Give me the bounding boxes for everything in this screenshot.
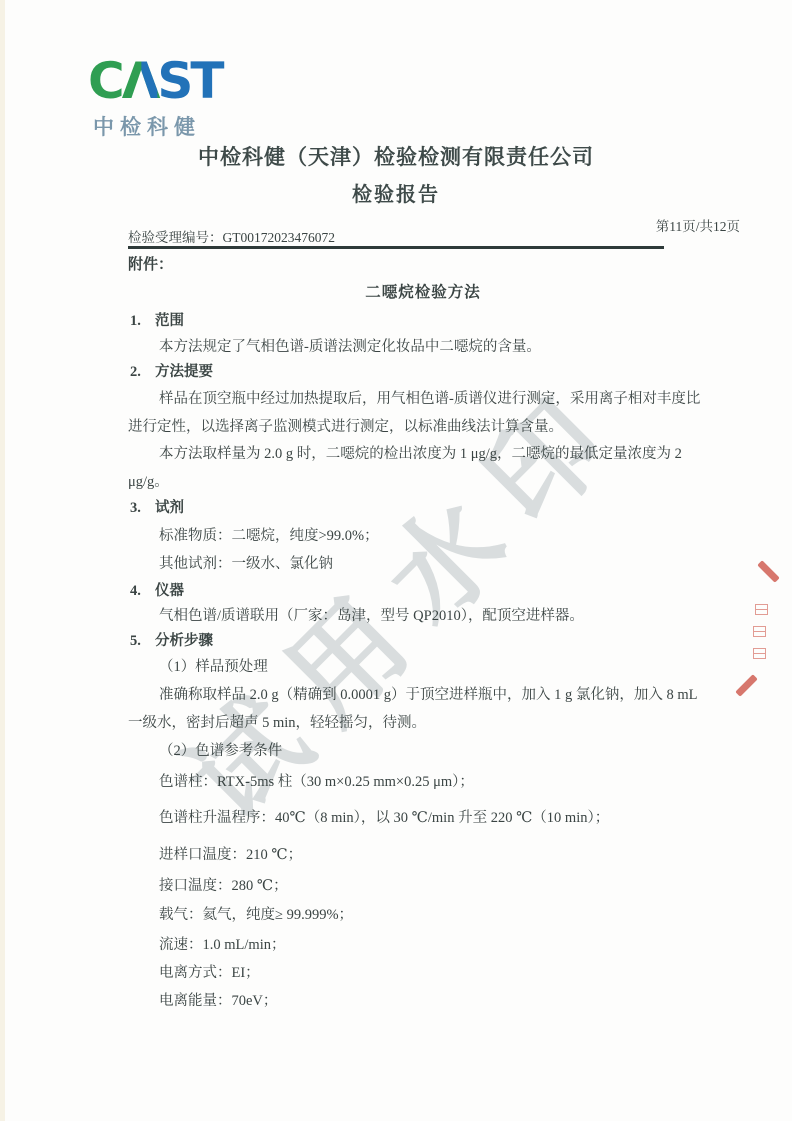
cast-logotype: CΛΛST (88, 56, 222, 106)
acceptance-number-label: 检验受理编号： (128, 230, 223, 245)
seal-stroke-icon (757, 560, 780, 583)
section-title: 方法提要 (155, 364, 213, 380)
body-line: 本方法规定了气相色谱-质谱法测定化妆品中二噁烷的含量。 (159, 337, 541, 357)
seal-stroke-icon (735, 674, 758, 697)
section-number: 3. (130, 498, 155, 518)
body-line: 其他试剂：一级水、氯化钠 (159, 554, 333, 574)
body-line: 进样口温度：210 ℃； (159, 845, 302, 865)
acceptance-number: 检验受理编号：GT00172023476072 (128, 226, 335, 246)
section-heading: 3.试剂 (130, 498, 184, 518)
section-title: 仪器 (155, 583, 184, 599)
body-line: 标准物质：二噁烷，纯度>99.0%； (159, 526, 379, 546)
body-line: （1）样品预处理 (159, 657, 268, 677)
acceptance-number-value: GT00172023476072 (223, 230, 336, 245)
body-line: 色谱柱：RTX-5ms 柱（30 m×0.25 mm×0.25 μm）； (159, 772, 474, 792)
seal-character-mark (755, 604, 768, 615)
logo-letter-a: ΛΛ (122, 56, 158, 106)
body-line: 电离能量：70eV； (159, 991, 277, 1011)
section-number: 5. (130, 631, 155, 651)
body-line: 电离方式：EI； (159, 963, 260, 983)
body-line: 气相色谱/质谱联用（厂家：岛津，型号 QP2010），配顶空进样器。 (159, 606, 584, 626)
section-heading: 5.分析步骤 (130, 631, 213, 651)
section-title: 试剂 (155, 500, 184, 516)
report-page: 试用水印 CΛΛST 中检科健 中检科健（天津）检验检测有限责任公司 检验报告 … (0, 0, 792, 1121)
section-number: 4. (130, 581, 155, 601)
section-number: 2. (130, 362, 155, 382)
cast-logo: CΛΛST 中检科健 (88, 56, 222, 141)
section-title: 分析步骤 (155, 633, 213, 649)
body-line: μg/g。 (128, 472, 169, 492)
section-heading: 2.方法提要 (130, 362, 213, 382)
body-line: 载气：氦气，纯度≥ 99.999%； (159, 905, 353, 925)
body-line: 本方法取样量为 2.0 g 时，二噁烷的检出浓度为 1 μg/g，二噁烷的最低定… (159, 444, 682, 464)
report-title: 检验报告 (0, 178, 792, 207)
red-seal-fragment (732, 558, 792, 710)
attachment-label: 附件： (128, 253, 173, 274)
page-indicator: 第11页/共12页 (656, 215, 740, 235)
body-line: （2）色谱参考条件 (159, 741, 282, 761)
logo-letters-st: ST (157, 52, 221, 110)
header-rule (128, 246, 664, 249)
logo-subtitle: 中检科健 (88, 111, 222, 141)
body-line: 进行定性，以选择离子监测模式进行测定，以标准曲线法计算含量。 (128, 417, 563, 437)
body-line: 色谱柱升温程序：40℃（8 min），以 30 ℃/min 升至 220 ℃（1… (159, 808, 609, 828)
method-title: 二噁烷检验方法 (128, 280, 718, 302)
seal-character-mark (753, 648, 766, 659)
body-line: 流速：1.0 mL/min； (159, 935, 285, 955)
body-line: 样品在顶空瓶中经过加热提取后，用气相色谱-质谱仪进行测定，采用离子相对丰度比 (159, 389, 700, 409)
company-title: 中检科健（天津）检验检测有限责任公司 (0, 141, 792, 171)
body-line: 接口温度：280 ℃； (159, 876, 288, 896)
section-title: 范围 (155, 313, 184, 329)
body-line: 准确称取样品 2.0 g（精确到 0.0001 g）于顶空进样瓶中，加入 1 g… (159, 685, 698, 705)
seal-character-mark (753, 626, 766, 637)
body-line: 一级水，密封后超声 5 min，轻轻摇匀，待测。 (128, 713, 426, 733)
logo-letter-c: C (88, 52, 122, 110)
section-heading: 4.仪器 (130, 581, 184, 601)
section-number: 1. (130, 311, 155, 331)
section-heading: 1.范围 (130, 311, 184, 331)
